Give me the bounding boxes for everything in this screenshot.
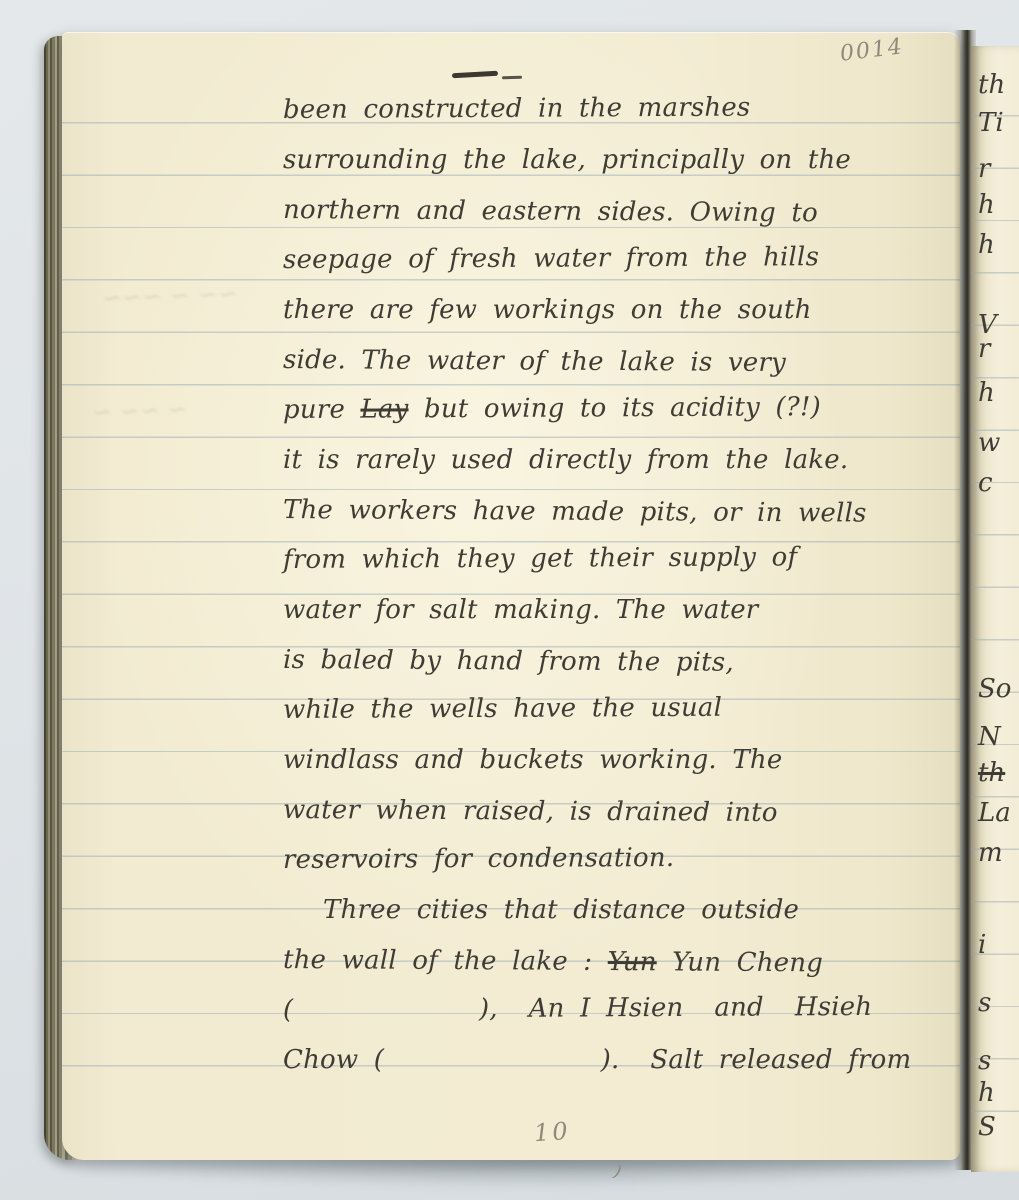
manuscript-line: surrounding the lake, principally on the bbox=[283, 135, 955, 185]
next-page-text-fragment: La bbox=[978, 798, 1011, 828]
archival-number: 0014 bbox=[839, 34, 906, 67]
notebook-page: ~~ ~ ~~~ ~ ~~ ~ 0014 been constructed in… bbox=[62, 32, 960, 1160]
ink-flourish-stroke bbox=[502, 76, 522, 79]
manuscript-line: it is rarely used directly from the lake… bbox=[283, 435, 955, 485]
next-page-text-fragment-struck: th bbox=[978, 758, 1005, 788]
manuscript-line: windlass and buckets working. The bbox=[283, 735, 955, 785]
next-page-text-fragment: Ti bbox=[978, 108, 1004, 138]
manuscript-line: reservoirs for condensation. bbox=[283, 831, 955, 885]
ink-flourish-stroke bbox=[452, 71, 498, 78]
next-page-text-fragment: c bbox=[978, 468, 993, 498]
manuscript-line: there are few workings on the south bbox=[283, 285, 955, 335]
manuscript-line: Chow ( ). Salt released from bbox=[283, 1035, 955, 1085]
manuscript-line: is baled by hand from the pits, bbox=[283, 635, 955, 689]
next-page-text-fragment: s bbox=[978, 988, 991, 1018]
next-page-text-fragment: h bbox=[978, 230, 995, 260]
next-page-text-fragment: N bbox=[978, 722, 1001, 752]
manuscript-line: while the wells have the usual bbox=[283, 681, 955, 735]
scanner-bed-shadow bbox=[40, 1156, 1019, 1190]
show-through-ghosting: ~~ ~ ~~~ bbox=[102, 280, 239, 313]
scanned-notebook-spread: ~~ ~ ~~~ ~ ~~ ~ 0014 been constructed in… bbox=[0, 0, 1019, 1200]
next-page-text-fragment: i bbox=[978, 930, 986, 960]
manuscript-line: been constructed in the marshes bbox=[283, 81, 955, 135]
manuscript-line: seepage of fresh water from the hills bbox=[283, 231, 955, 285]
manuscript-text: been constructed in the marshes surround… bbox=[283, 85, 955, 1085]
manuscript-line: water for salt making. The water bbox=[283, 585, 955, 635]
next-page-text-fragment: th bbox=[978, 70, 1005, 100]
next-page-sliver: th Ti r h h V r h w c So N th La m i s s… bbox=[971, 46, 1019, 1172]
next-page-text-fragment: h bbox=[978, 1078, 995, 1108]
crossed-out-word: Yun bbox=[608, 947, 657, 977]
manuscript-line: The workers have made pits, or in wells bbox=[283, 485, 955, 539]
next-page-text-fragment: m bbox=[978, 838, 1003, 868]
next-page-text-fragment: w bbox=[978, 428, 1000, 458]
crossed-out-word: Lay bbox=[360, 394, 408, 424]
manuscript-line: the wall of the lake : Yun Yun Cheng bbox=[283, 935, 955, 989]
manuscript-line: water when raised, is drained into bbox=[283, 785, 955, 839]
next-page-text-fragment: So bbox=[978, 674, 1011, 704]
manuscript-line: side. The water of the lake is very bbox=[283, 335, 955, 389]
next-page-text-fragment: S bbox=[978, 1112, 996, 1142]
manuscript-line: Three cities that distance outside bbox=[283, 885, 955, 935]
ruled-lines bbox=[971, 64, 1019, 1144]
next-page-text-fragment: h bbox=[978, 190, 995, 220]
manuscript-line: from which they get their supply of bbox=[283, 531, 955, 585]
next-page-text-fragment: s bbox=[978, 1046, 991, 1076]
show-through-ghosting: ~ ~~ ~ bbox=[92, 395, 189, 426]
manuscript-line: pure Lay but owing to its acidity (?!) bbox=[283, 381, 955, 435]
manuscript-line: northern and eastern sides. Owing to bbox=[283, 185, 955, 239]
manuscript-line: ( ), An I Hsien and Hsieh bbox=[283, 981, 955, 1035]
page-number: 10 bbox=[533, 1117, 571, 1147]
next-page-text-fragment: r bbox=[978, 154, 990, 184]
next-page-text-fragment: r bbox=[978, 334, 990, 364]
next-page-text-fragment: h bbox=[978, 378, 995, 408]
